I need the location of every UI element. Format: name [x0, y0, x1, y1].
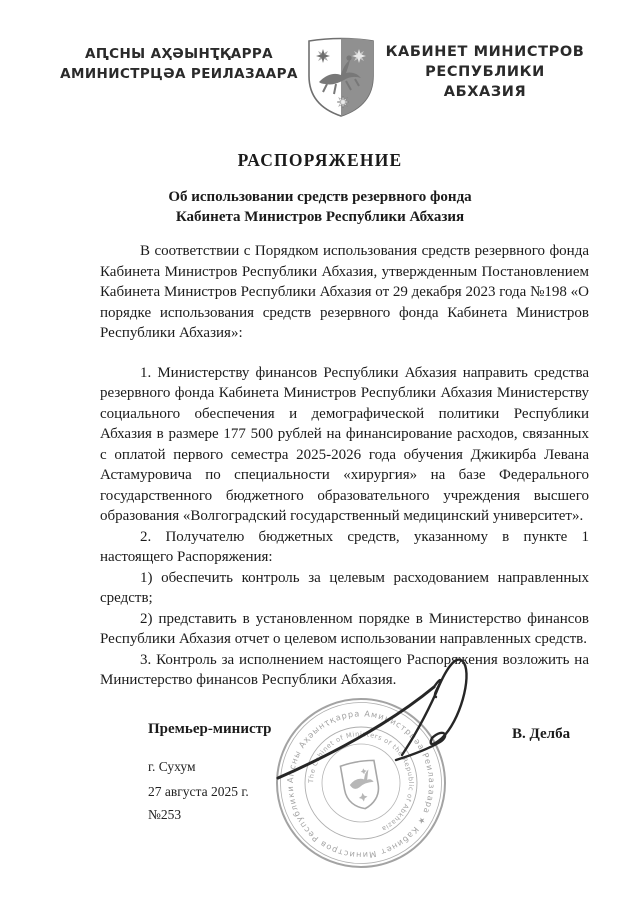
footer-document-number: №253 — [148, 807, 181, 823]
coat-of-arms-icon — [303, 34, 379, 120]
body-paragraph: 1) обеспечить контроль за целевым расход… — [100, 568, 589, 609]
signatory-title: Премьер-министр — [148, 721, 272, 738]
document-body: В соответствии с Порядком использования … — [100, 241, 589, 691]
org-name-ab-line1: АԤСНЫ АҲӘЫНҬҚАРРА — [58, 44, 300, 64]
footer-city: г. Сухум — [148, 759, 196, 775]
signatory-name: В. Делба — [512, 726, 570, 743]
header-org-name-russian: КАБИНЕТ МИНИСТРОВ РЕСПУБЛИКИ АБХАЗИЯ — [382, 42, 588, 102]
org-name-ru-line1: КАБИНЕТ МИНИСТРОВ — [382, 42, 588, 62]
body-paragraph: В соответствии с Порядком использования … — [100, 241, 589, 344]
document-subject-line1: Об использовании средств резервного фонд… — [0, 188, 640, 208]
header-org-name-abkhazian: АԤСНЫ АҲӘЫНҬҚАРРА АМИНИСТРЦӘА РЕИЛАЗААРА — [58, 44, 300, 84]
document-subject: Об использовании средств резервного фонд… — [0, 188, 640, 227]
document-page: АԤСНЫ АҲӘЫНҬҚАРРА АМИНИСТРЦӘА РЕИЛАЗААРА… — [0, 0, 640, 905]
footer-date: 27 августа 2025 г. — [148, 784, 249, 800]
org-name-ab-line2: АМИНИСТРЦӘА РЕИЛАЗААРА — [58, 64, 300, 84]
org-name-ru-line2: РЕСПУБЛИКИ АБХАЗИЯ — [382, 62, 588, 102]
body-paragraph: 2. Получателю бюджетных средств, указанн… — [100, 527, 589, 568]
body-paragraph: 1. Министерству финансов Республики Абха… — [100, 363, 589, 527]
document-subject-line2: Кабинета Министров Республики Абхазия — [0, 208, 640, 228]
document-title: РАСПОРЯЖЕНИЕ — [0, 150, 640, 171]
signature-mark — [250, 635, 490, 787]
